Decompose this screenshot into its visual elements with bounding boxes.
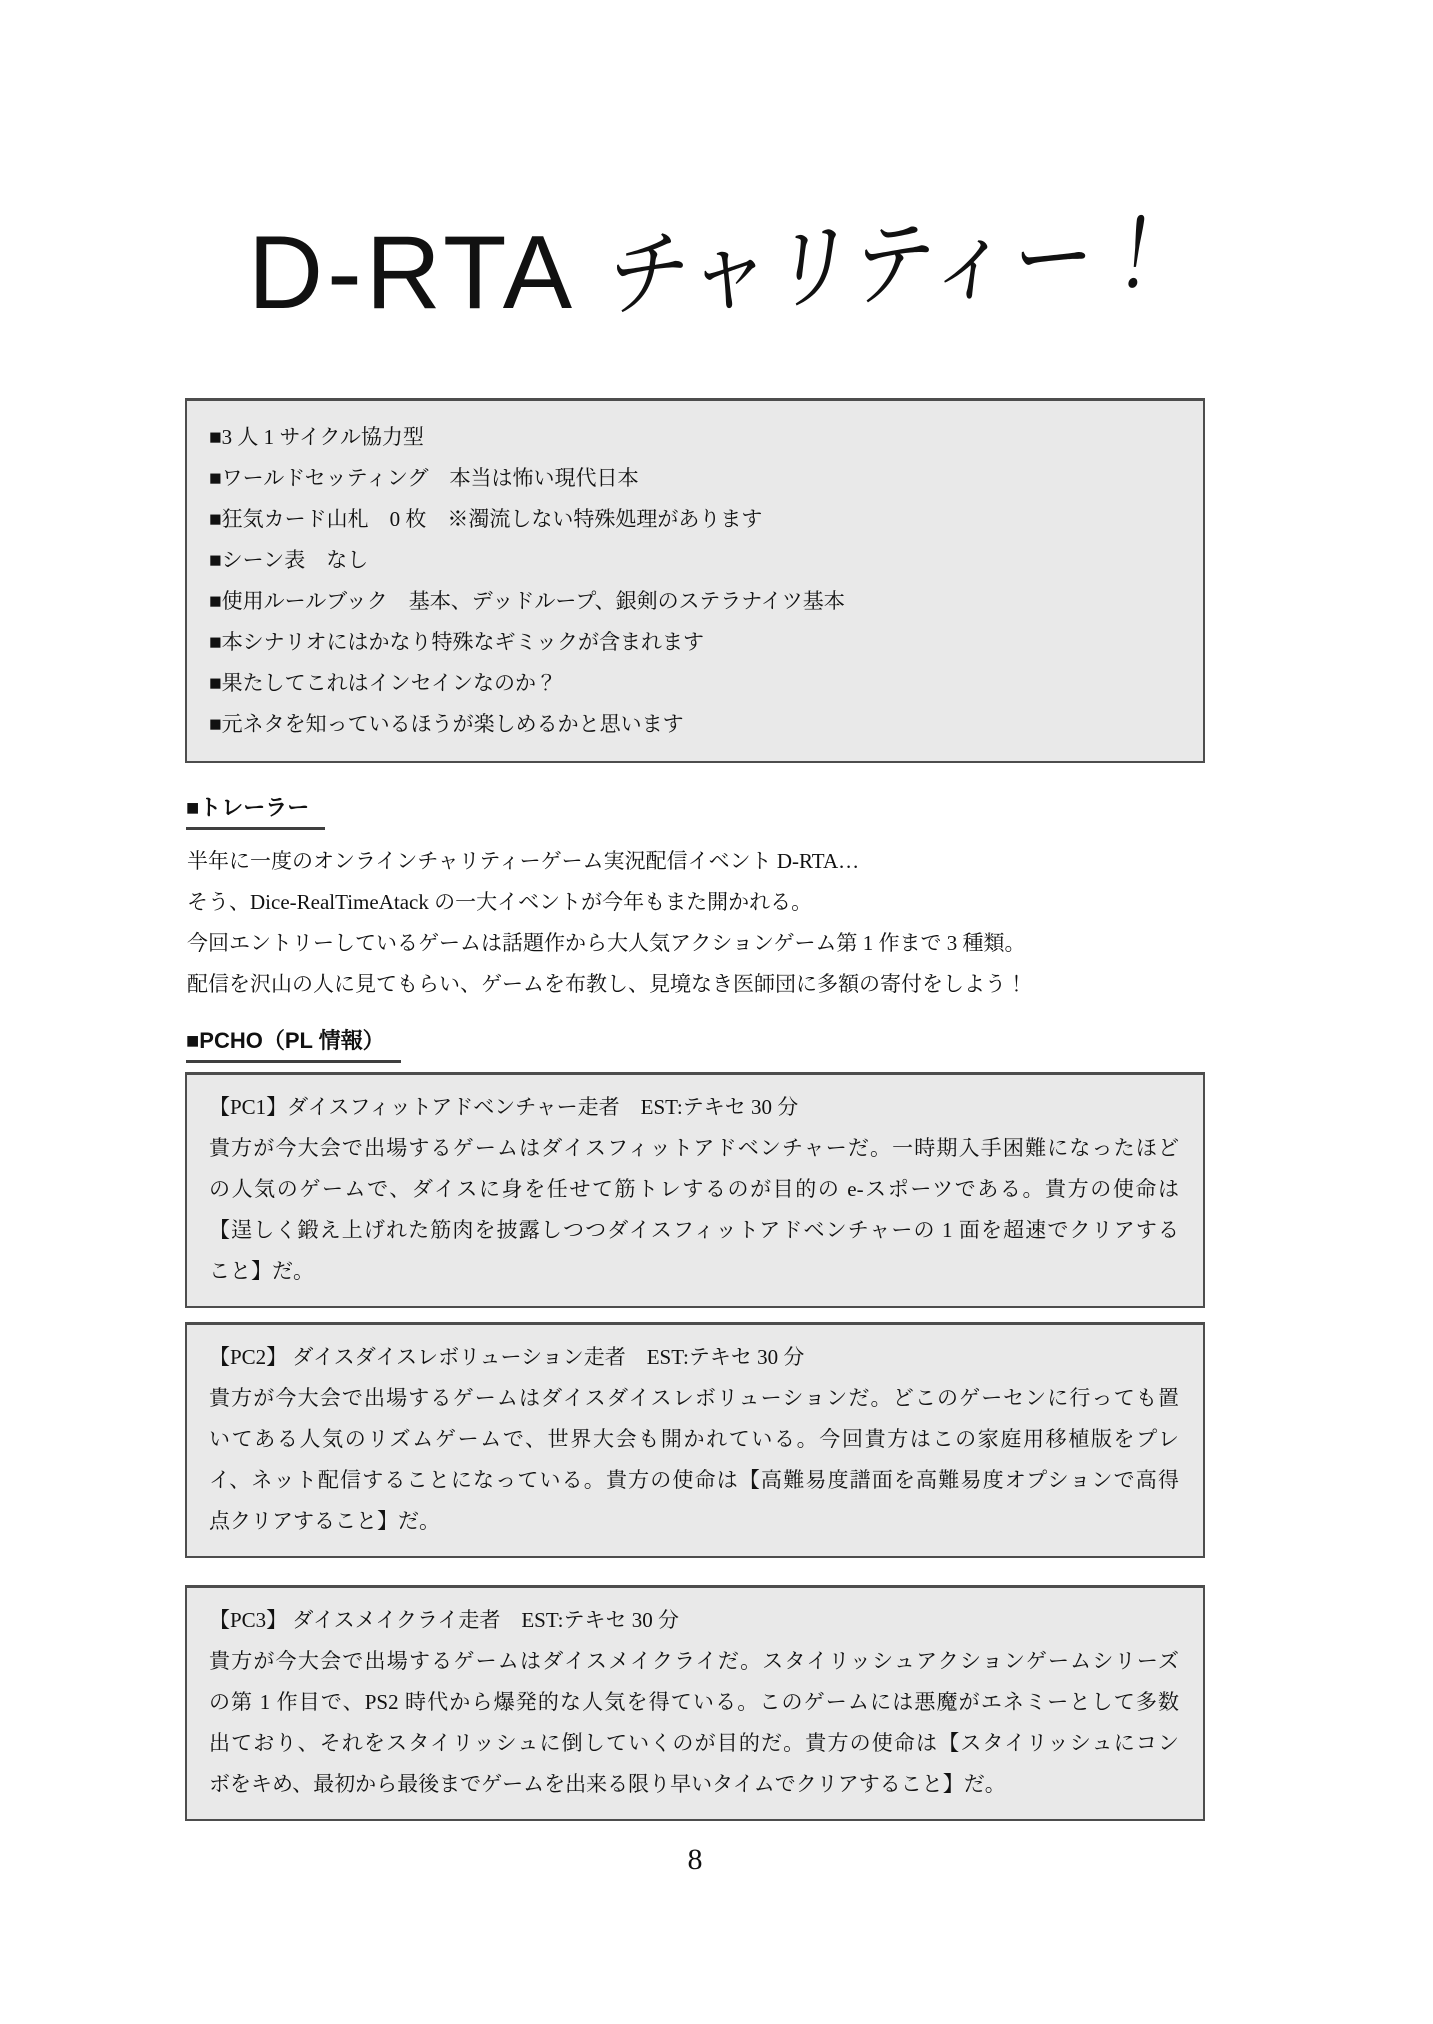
title-latin: D-RTA — [248, 215, 576, 331]
info-item: ■ワールドセッティング 本当は怖い現代日本 — [209, 458, 1179, 499]
page-title: D-RTA チャリティー！ — [248, 200, 1266, 335]
info-item: ■果たしてこれはインセインなのか？ — [209, 663, 1179, 704]
trailer-heading-label: ■トレーラー — [186, 791, 325, 830]
pc3-body-line: 出ており、それをスタイリッシュに倒していくのが目的だ。貴方の使命は【スタイリッシ… — [209, 1723, 1179, 1764]
pc2-body-line: いてある人気のリズムゲームで、世界大会も開かれている。今回貴方はこの家庭用移植版… — [209, 1419, 1179, 1460]
pc2-body-line: イ、ネット配信することになっている。貴方の使命は【高難易度譜面を高難易度オプショ… — [209, 1460, 1179, 1501]
pc1-body-line: 【逞しく鍛え上げれた筋肉を披露しつつダイスフィットアドベンチャーの 1 面を超速… — [209, 1210, 1179, 1251]
info-item: ■使用ルールブック 基本、デッドループ、銀剣のステラナイツ基本 — [209, 581, 1179, 622]
pc2-title: 【PC2】 ダイスダイスレボリューション走者 EST:テキセ 30 分 — [209, 1337, 1179, 1378]
trailer-line: 今回エントリーしているゲームは話題作から大人気アクションゲーム第 1 作まで 3… — [187, 923, 1287, 964]
info-item: ■本シナリオにはかなり特殊なギミックが含まれます — [209, 622, 1179, 663]
pc3-body-line: の第 1 作目で、PS2 時代から爆発的な人気を得ている。このゲームには悪魔がエ… — [209, 1682, 1179, 1723]
trailer-line: 配信を沢山の人に見てもらい、ゲームを布教し、見境なき医師団に多額の寄付をしよう！ — [187, 964, 1287, 1005]
pc2-body-line: 貴方が今大会で出場するゲームはダイスダイスレボリューションだ。どこのゲーセンに行… — [209, 1378, 1179, 1419]
info-item: ■3 人 1 サイクル協力型 — [209, 417, 1179, 458]
pc1-box: 【PC1】ダイスフィットアドベンチャー走者 EST:テキセ 30 分 貴方が今大… — [185, 1072, 1205, 1308]
trailer-line: 半年に一度のオンラインチャリティーゲーム実況配信イベント D-RTA… — [187, 841, 1287, 882]
pc1-body-line: 貴方が今大会で出場するゲームはダイスフィットアドベンチャーだ。一時期入手困難にな… — [209, 1128, 1179, 1169]
info-item: ■シーン表 なし — [209, 540, 1179, 581]
scenario-info-box: ■3 人 1 サイクル協力型 ■ワールドセッティング 本当は怖い現代日本 ■狂気… — [185, 398, 1205, 763]
pc3-body-line: 貴方が今大会で出場するゲームはダイスメイクライだ。スタイリッシュアクションゲーム… — [209, 1641, 1179, 1682]
title-handwritten: チャリティー！ — [601, 177, 1188, 335]
pc1-body-line: の人気のゲームで、ダイスに身を任せて筋トレするのが目的の e-スポーツである。貴… — [209, 1169, 1179, 1210]
trailer-paragraph: 半年に一度のオンラインチャリティーゲーム実況配信イベント D-RTA… そう、D… — [187, 841, 1287, 1005]
pc1-title: 【PC1】ダイスフィットアドベンチャー走者 EST:テキセ 30 分 — [209, 1087, 1179, 1128]
pcho-heading: ■PCHO（PL 情報） — [186, 1024, 401, 1063]
pc3-body-line: ボをキめ、最初から最後までゲームを出来る限り早いタイムでクリアすること】だ。 — [209, 1764, 1179, 1805]
info-item: ■元ネタを知っているほうが楽しめるかと思います — [209, 704, 1179, 745]
pc3-box: 【PC3】 ダイスメイクライ走者 EST:テキセ 30 分 貴方が今大会で出場す… — [185, 1585, 1205, 1821]
pc3-title: 【PC3】 ダイスメイクライ走者 EST:テキセ 30 分 — [209, 1600, 1179, 1641]
info-item: ■狂気カード山札 0 枚 ※濁流しない特殊処理があります — [209, 499, 1179, 540]
trailer-heading: ■トレーラー — [186, 791, 325, 830]
trailer-line: そう、Dice-RealTimeAtack の一大イベントが今年もまた開かれる。 — [187, 882, 1287, 923]
pcho-heading-label: ■PCHO（PL 情報） — [186, 1024, 401, 1063]
pc2-body-line: 点クリアすること】だ。 — [209, 1501, 1179, 1542]
pc2-box: 【PC2】 ダイスダイスレボリューション走者 EST:テキセ 30 分 貴方が今… — [185, 1322, 1205, 1558]
page-number: 8 — [185, 1843, 1205, 1877]
pc1-body-line: こと】だ。 — [209, 1251, 1179, 1292]
document-page: D-RTA チャリティー！ ■3 人 1 サイクル協力型 ■ワールドセッティング… — [0, 0, 1433, 2024]
